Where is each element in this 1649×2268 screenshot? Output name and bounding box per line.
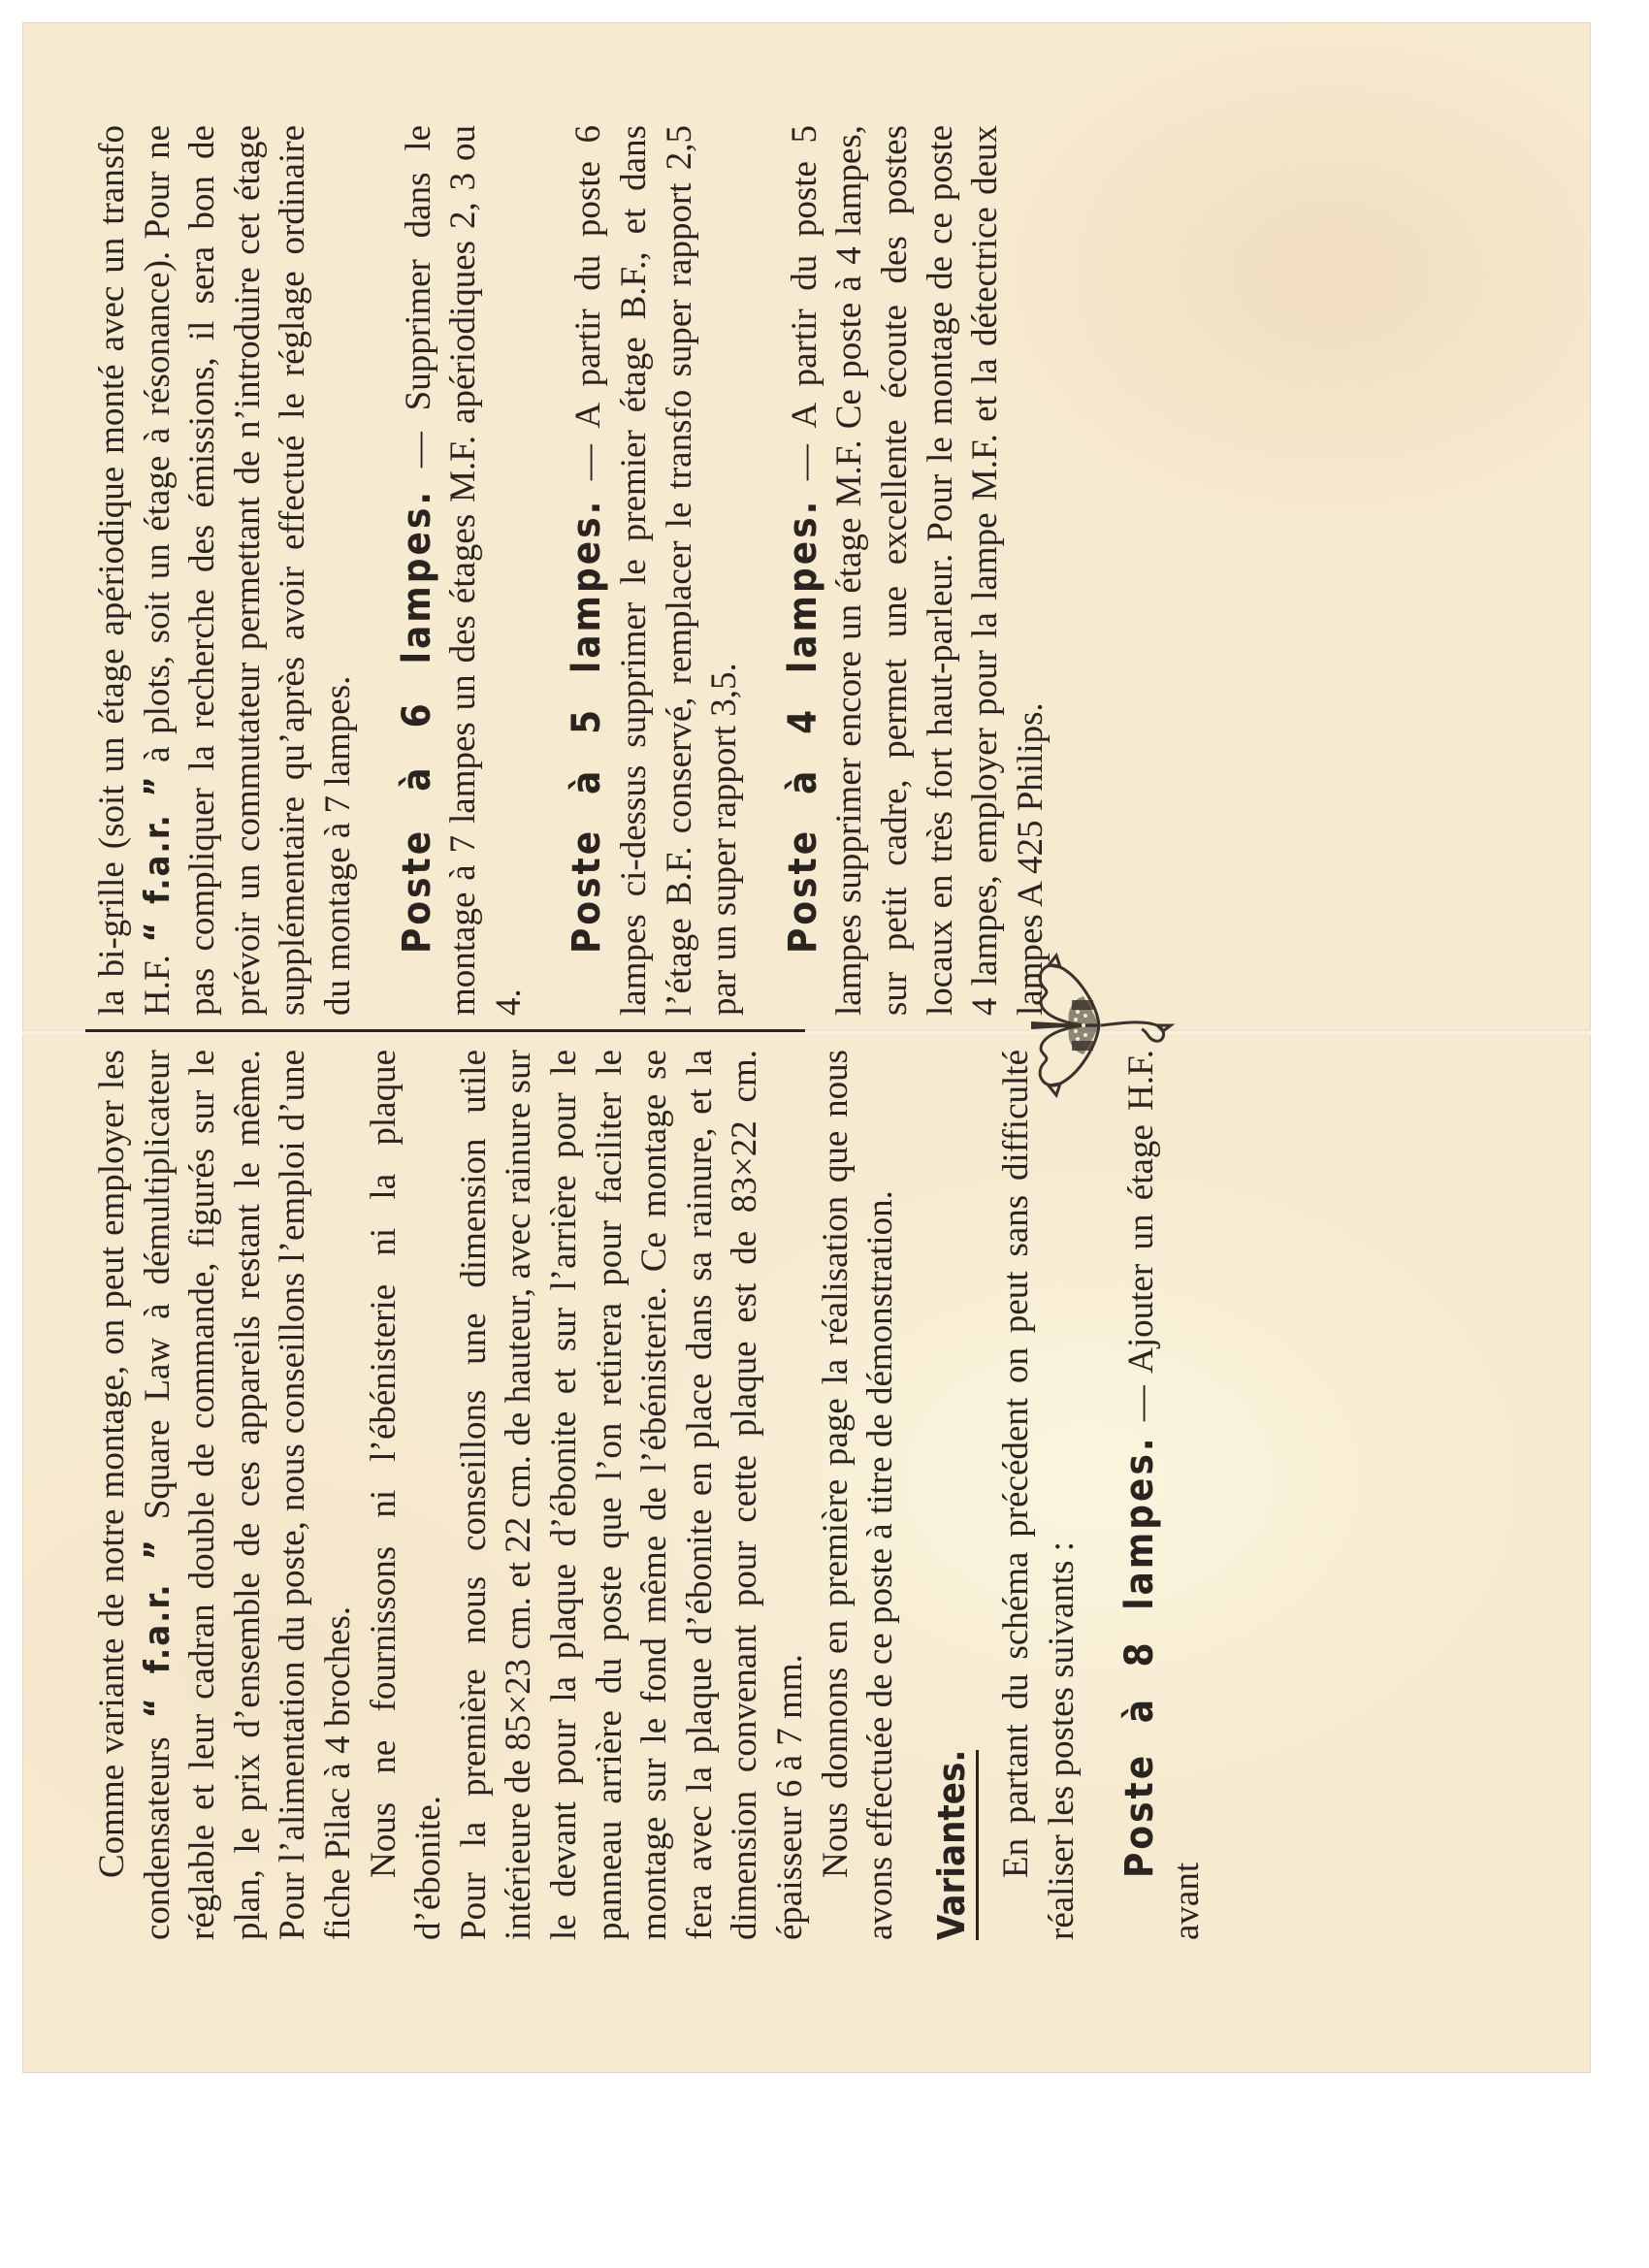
paragraph-variante-condensateurs: Comme variante de notre montage, on peut… xyxy=(90,1050,362,1940)
variant-heading: Poste à 4 lampes. xyxy=(781,499,825,954)
variant-heading: Poste à 6 lampes. xyxy=(395,489,439,954)
paragraph-ebenisterie: Nous ne fournissons ni l’ébénisterie ni … xyxy=(362,1050,452,1940)
far-brand: “ f.a.r. ” xyxy=(138,774,178,942)
right-column: la bi-grille (soit un étage apériodique … xyxy=(90,125,1053,1016)
paragraph-dimensions: Pour la première nous conseillons une di… xyxy=(452,1050,814,1940)
paragraph-variantes-intro: En partant du schéma précédent on peut s… xyxy=(994,1050,1084,1940)
rotated-page-content: Comme variante de notre montage, on peut… xyxy=(22,22,1591,2073)
variant-heading: Poste à 8 lampes. xyxy=(1117,1435,1162,1878)
variant-heading: Poste à 5 lampes. xyxy=(565,499,609,954)
column-divider-rule xyxy=(85,1029,805,1032)
variant-4-lampes: Poste à 4 lampes. — A partir du poste 5 … xyxy=(781,125,1054,1016)
fleuron-ornament-icon xyxy=(1012,938,1186,1113)
variant-8-lampes: Poste à 8 lampes. — Ajouter un étage H.F… xyxy=(1117,1050,1210,1940)
section-heading-variantes: Variantes. xyxy=(929,1750,980,1940)
variant-6-lampes: Poste à 6 lampes. — Supprimer dans le mo… xyxy=(395,125,533,1016)
paragraph-demonstration: Nous donnons en première page la réalisa… xyxy=(814,1050,904,1940)
variant-5-lampes: Poste à 5 lampes. — A partir du poste 6 … xyxy=(565,125,747,1016)
left-column: Comme variante de notre montage, on peut… xyxy=(90,1050,1211,1940)
far-brand: “ f.a.r. ” xyxy=(138,1538,178,1718)
scanned-page: Comme variante de notre montage, on peut… xyxy=(22,22,1591,2073)
paragraph-bi-grille: la bi-grille (soit un étage apériodique … xyxy=(90,125,362,1016)
